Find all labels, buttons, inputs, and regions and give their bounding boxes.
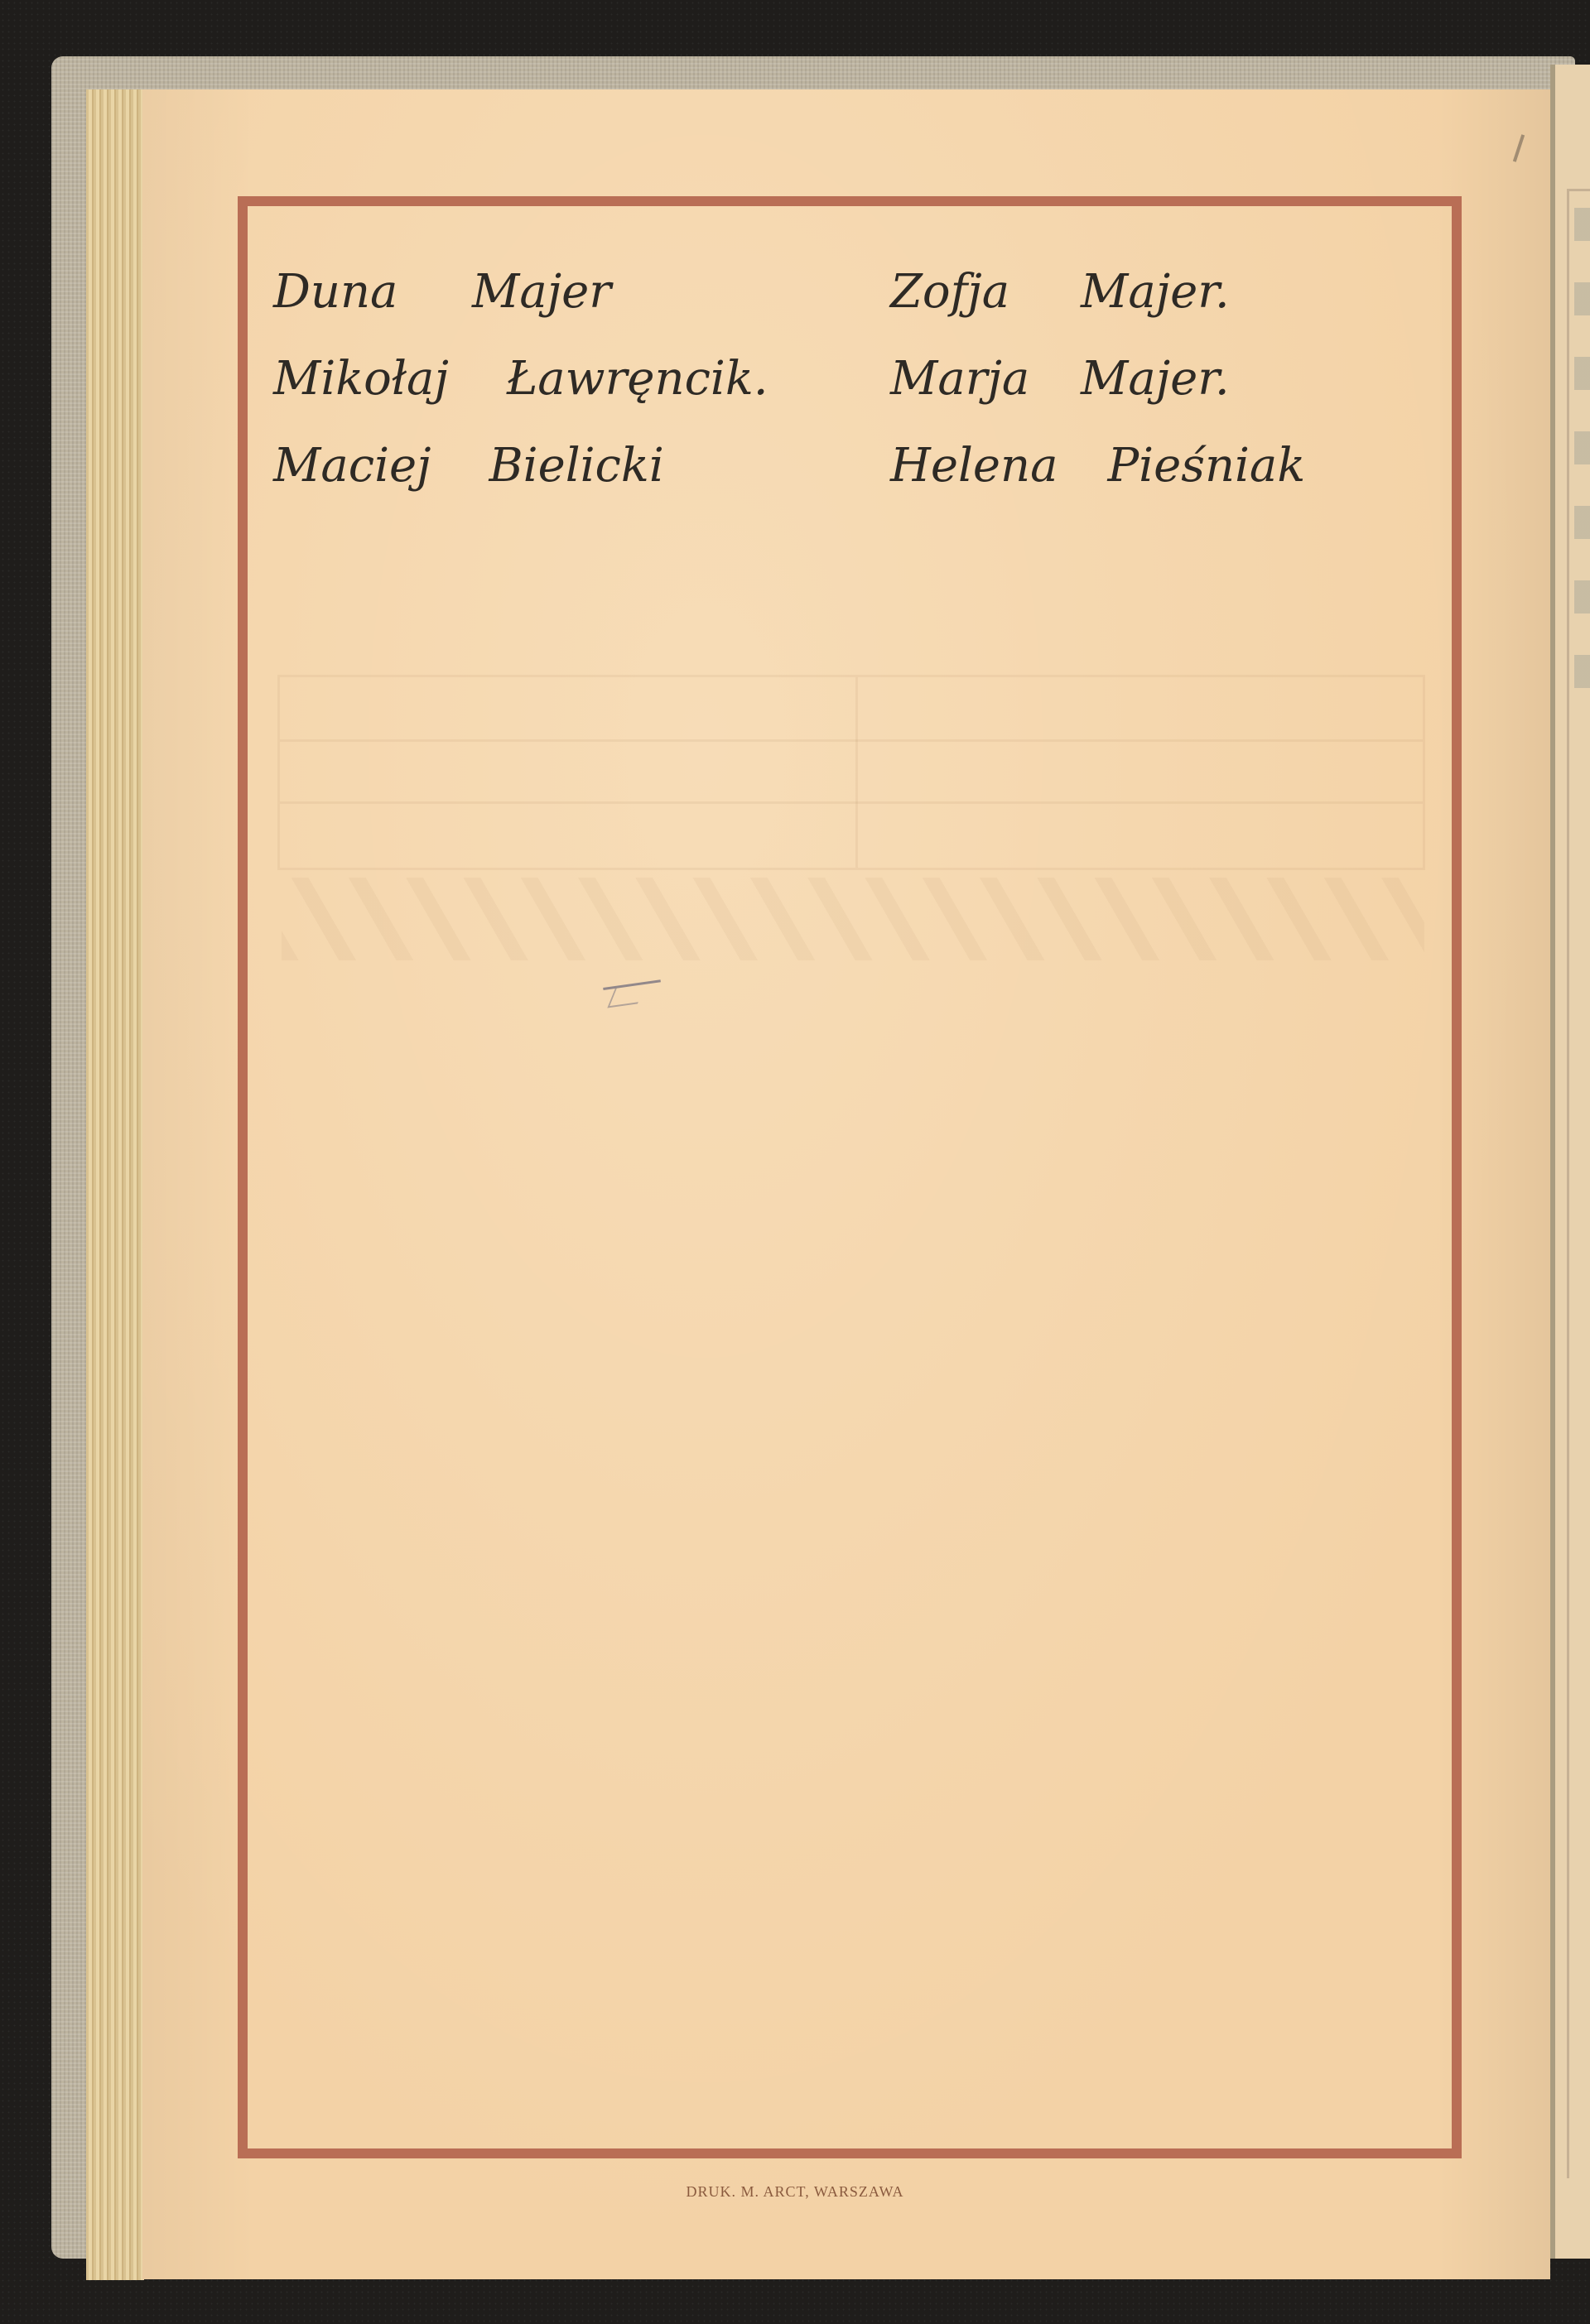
first-name: Marja (890, 352, 1031, 406)
last-name: Pieśniak (1107, 439, 1305, 493)
signature-list: Duna Majer Zofja Majer. Mikołaj Ławręnci… (273, 232, 1416, 493)
signature-right: Helena Pieśniak (890, 439, 1416, 493)
last-name: Majer. (1081, 265, 1230, 319)
last-name: Bielicki (489, 439, 664, 493)
first-name: Mikołaj (273, 352, 449, 406)
signature-left: Mikołaj Ławręncik. (273, 352, 890, 406)
page-edges (86, 89, 144, 2280)
signature-left: Duna Majer (273, 265, 890, 319)
signature-right: Zofja Majer. (890, 265, 1416, 319)
first-name: Helena (890, 439, 1058, 493)
first-name: Zofja (890, 265, 1031, 319)
facing-page-strip (1550, 65, 1590, 2259)
last-name: Ławręncik. (507, 352, 768, 406)
first-name: Duna (273, 265, 414, 319)
last-name: Majer (472, 265, 611, 319)
signature-row: Duna Majer Zofja Majer. (273, 232, 1416, 319)
first-name: Maciej (273, 439, 431, 493)
signature-row: Mikołaj Ławręncik. Marja Majer. (273, 319, 1416, 406)
printer-imprint: DRUK. M. ARCT, WARSZAWA (0, 2183, 1590, 2201)
signature-row: Maciej Bielicki Helena Pieśniak (273, 406, 1416, 493)
signature-left: Maciej Bielicki (273, 439, 890, 493)
last-name: Majer. (1081, 352, 1230, 406)
signature-right: Marja Majer. (890, 352, 1416, 406)
facing-page-ornament (1567, 189, 1590, 2178)
